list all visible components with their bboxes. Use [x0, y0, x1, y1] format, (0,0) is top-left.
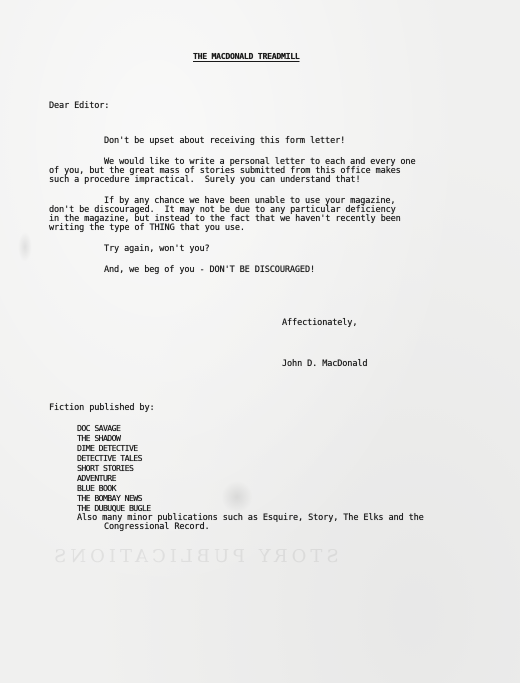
publication-item: THE DUBUQUE BUGLE: [77, 503, 151, 513]
closing: Affectionately,: [282, 318, 357, 328]
publication-item: SHORT STORIES: [77, 463, 133, 473]
paragraph-3-line-4: writing the type of THING that you use.: [49, 223, 245, 233]
paper-mark: [18, 232, 32, 262]
publication-item: BLUE BOOK: [77, 483, 116, 493]
publication-item: DOC SAVAGE: [77, 423, 120, 433]
signature: John D. MacDonald: [282, 359, 367, 369]
paragraph-1: Don't be upset about receiving this form…: [104, 136, 345, 146]
paragraph-5: And, we beg of you - DON'T BE DISCOURAGE…: [104, 265, 315, 275]
salutation: Dear Editor:: [49, 101, 109, 111]
paragraph-4: Try again, won't you?: [104, 244, 210, 254]
publication-item: ADVENTURE: [77, 473, 116, 483]
letter-page: THE MACDONALD TREADMILL Dear Editor: Don…: [0, 0, 520, 683]
bleed-through-stamp: STORY PUBLICATIONS: [50, 552, 339, 562]
ink-smudge: [222, 480, 252, 514]
also-line-2: Congressional Record.: [104, 522, 210, 532]
publication-item: DETECTIVE TALES: [77, 453, 142, 463]
publication-item: THE SHADOW: [77, 433, 120, 443]
publication-item: THE BOMBAY NEWS: [77, 493, 142, 503]
paragraph-2-line-3: such a procedure impractical. Surely you…: [49, 175, 360, 185]
letter-title: THE MACDONALD TREADMILL: [193, 51, 299, 61]
publication-item: DIME DETECTIVE: [77, 443, 138, 453]
fiction-label: Fiction published by:: [49, 403, 155, 413]
